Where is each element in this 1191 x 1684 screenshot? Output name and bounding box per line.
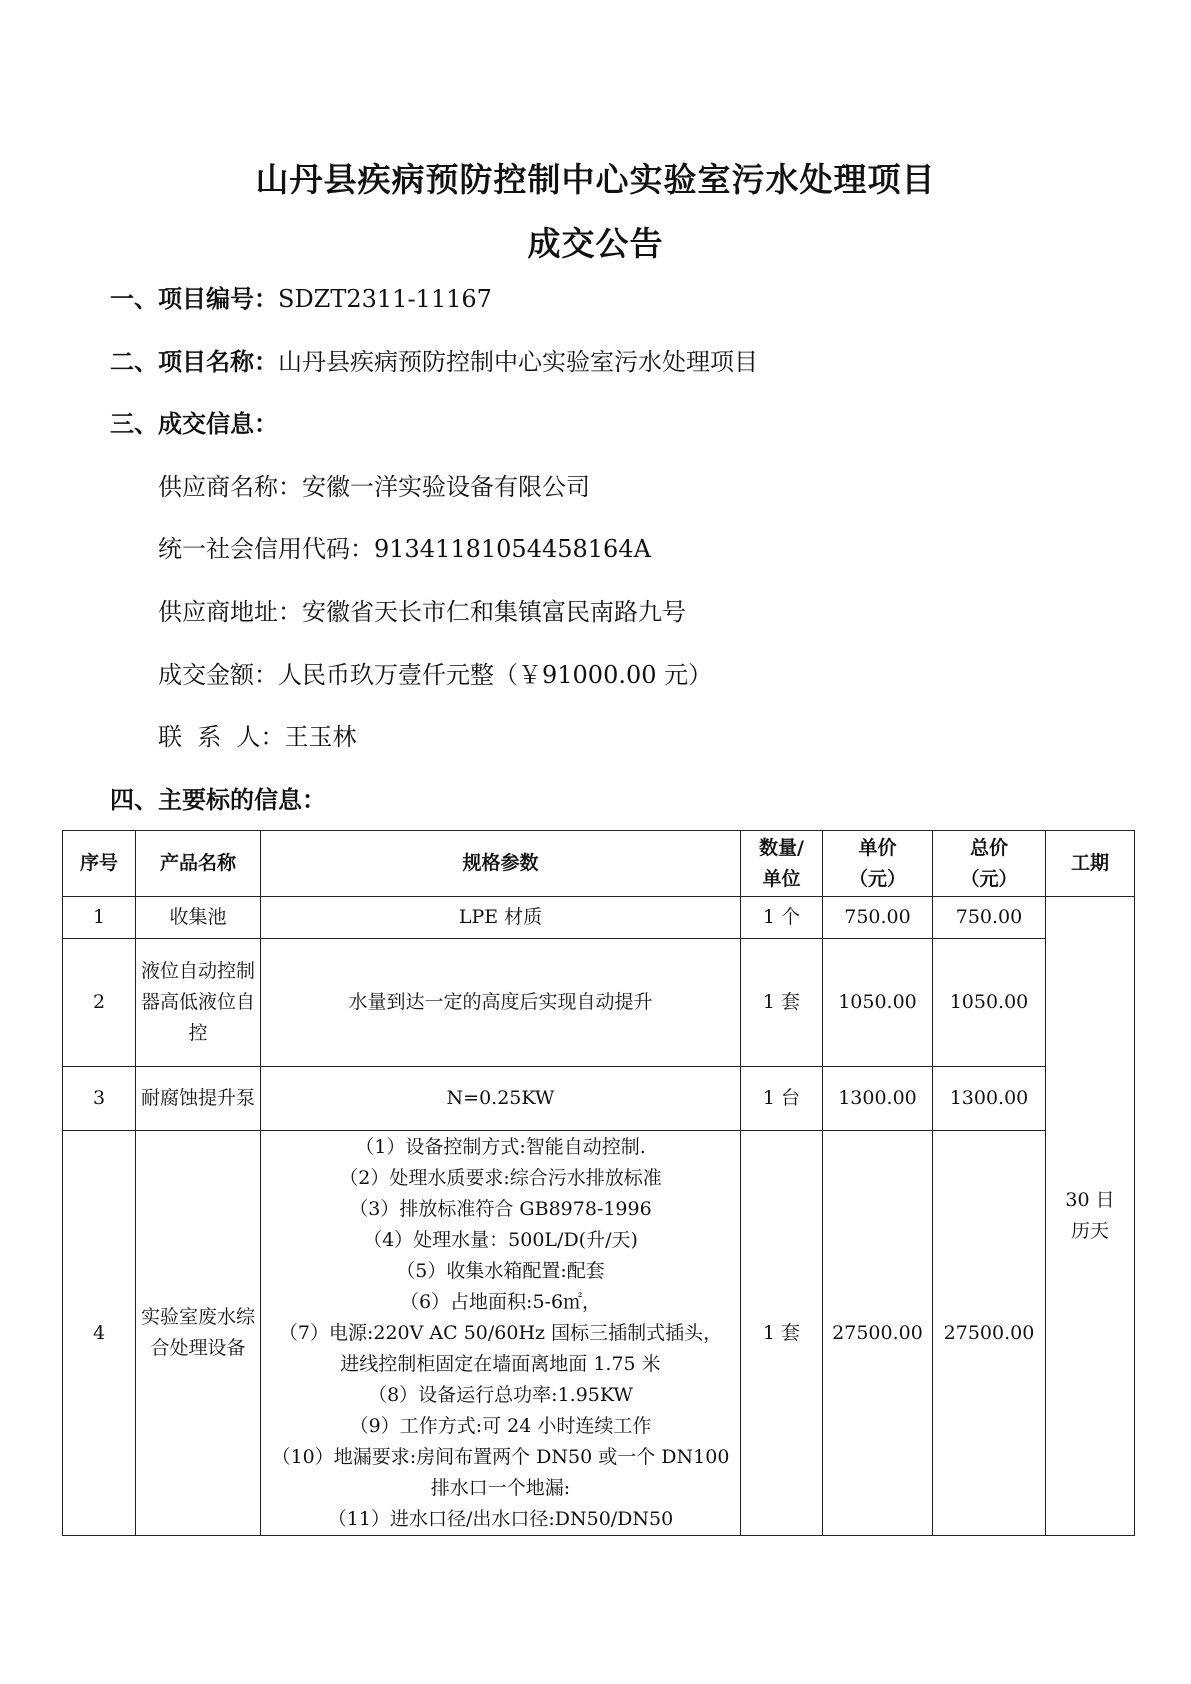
section-label: 四、主要标的信息：: [110, 786, 326, 814]
items-table: 序号 产品名称 规格参数 数量/单位 单价（元） 总价（元） 工期 1 收集池 …: [62, 830, 1135, 1536]
cell-no: 2: [63, 939, 136, 1067]
header-period: 工期: [1046, 831, 1135, 897]
title-line-2: 成交公告: [0, 218, 1191, 265]
cell-product: 实验室废水综合处理设备: [136, 1131, 261, 1536]
cell-unit-price: 1050.00: [823, 939, 933, 1067]
cell-total-price: 27500.00: [933, 1131, 1046, 1536]
spec-line: （10）地漏要求:房间布置两个 DN50 或一个 DN100: [265, 1442, 736, 1473]
header-qty: 数量/单位: [741, 831, 823, 897]
section-label: 三、成交信息：: [110, 410, 278, 438]
credit-code: 统一社会信用代码：91341181054458164A: [158, 533, 651, 565]
table-row: 3 耐腐蚀提升泵 N=0.25KW 1 台 1300.00 1300.00: [63, 1067, 1135, 1131]
cell-total-price: 750.00: [933, 897, 1046, 939]
cell-unit-price: 1300.00: [823, 1067, 933, 1131]
spec-line: （11）进水口径/出水口径:DN50/DN50: [265, 1504, 736, 1535]
cell-spec: 水量到达一定的高度后实现自动提升: [261, 939, 741, 1067]
section-main-items: 四、主要标的信息：: [110, 784, 326, 816]
table-row: 1 收集池 LPE 材质 1 个 750.00 750.00 30 日历天: [63, 897, 1135, 939]
table-header-row: 序号 产品名称 规格参数 数量/单位 单价（元） 总价（元） 工期: [63, 831, 1135, 897]
deal-amount: 成交金额：人民币玖万壹仟元整（￥91000.00 元）: [158, 659, 712, 691]
section-deal-info: 三、成交信息：: [110, 408, 278, 440]
supplier-address: 供应商地址：安徽省天长市仁和集镇富民南路九号: [158, 596, 686, 628]
cell-period: 30 日历天: [1046, 897, 1135, 1536]
header-no: 序号: [63, 831, 136, 897]
section-project-name: 二、项目名称：山丹县疾病预防控制中心实验室污水处理项目: [110, 346, 758, 378]
cell-qty: 1 个: [741, 897, 823, 939]
spec-line: 排水口一个地漏:: [265, 1473, 736, 1504]
section-label: 一、项目编号：: [110, 285, 278, 313]
spec-line: （6）占地面积:5-6㎡，: [265, 1287, 736, 1318]
header-total-price: 总价（元）: [933, 831, 1046, 897]
cell-total-price: 1300.00: [933, 1067, 1046, 1131]
spec-line: （9）工作方式:可 24 小时连续工作: [265, 1411, 736, 1442]
header-unit-price: 单价（元）: [823, 831, 933, 897]
supplier-name: 供应商名称：安徽一洋实验设备有限公司: [158, 471, 590, 503]
table-row: 2 液位自动控制器高低液位自控 水量到达一定的高度后实现自动提升 1 套 105…: [63, 939, 1135, 1067]
table-row: 4 实验室废水综合处理设备 （1）设备控制方式:智能自动控制. （2）处理水质要…: [63, 1131, 1135, 1536]
cell-qty: 1 套: [741, 939, 823, 1067]
cell-no: 3: [63, 1067, 136, 1131]
cell-qty: 1 台: [741, 1067, 823, 1131]
section-label: 二、项目名称：: [110, 348, 278, 376]
cell-spec: （1）设备控制方式:智能自动控制. （2）处理水质要求:综合污水排放标准 （3）…: [261, 1131, 741, 1536]
header-spec: 规格参数: [261, 831, 741, 897]
cell-product: 收集池: [136, 897, 261, 939]
cell-spec: N=0.25KW: [261, 1067, 741, 1131]
cell-unit-price: 750.00: [823, 897, 933, 939]
project-no-value: SDZT2311-11167: [278, 285, 492, 313]
cell-product: 液位自动控制器高低液位自控: [136, 939, 261, 1067]
spec-line: （7）电源:220V AC 50/60Hz 国标三插制式插头，: [265, 1318, 736, 1349]
spec-line: （3）排放标准符合 GB8978-1996: [265, 1194, 736, 1225]
cell-total-price: 1050.00: [933, 939, 1046, 1067]
spec-line: 进线控制柜固定在墙面离地面 1.75 米: [265, 1349, 736, 1380]
spec-line: （2）处理水质要求:综合污水排放标准: [265, 1163, 736, 1194]
spec-line: （4）处理水量：500L/D(升/天): [265, 1225, 736, 1256]
spec-line: （8）设备运行总功率:1.95KW: [265, 1380, 736, 1411]
header-product: 产品名称: [136, 831, 261, 897]
title-line-1: 山丹县疾病预防控制中心实验室污水处理项目: [0, 154, 1191, 201]
section-project-no: 一、项目编号：SDZT2311-11167: [110, 283, 492, 315]
cell-no: 4: [63, 1131, 136, 1536]
spec-line: （1）设备控制方式:智能自动控制.: [265, 1132, 736, 1163]
spec-line: （5）收集水箱配置:配套: [265, 1256, 736, 1287]
cell-spec: LPE 材质: [261, 897, 741, 939]
cell-qty: 1 套: [741, 1131, 823, 1536]
cell-unit-price: 27500.00: [823, 1131, 933, 1536]
contact-person: 联 系 人：王玉林: [158, 721, 357, 753]
project-name-value: 山丹县疾病预防控制中心实验室污水处理项目: [278, 348, 758, 376]
cell-no: 1: [63, 897, 136, 939]
cell-product: 耐腐蚀提升泵: [136, 1067, 261, 1131]
